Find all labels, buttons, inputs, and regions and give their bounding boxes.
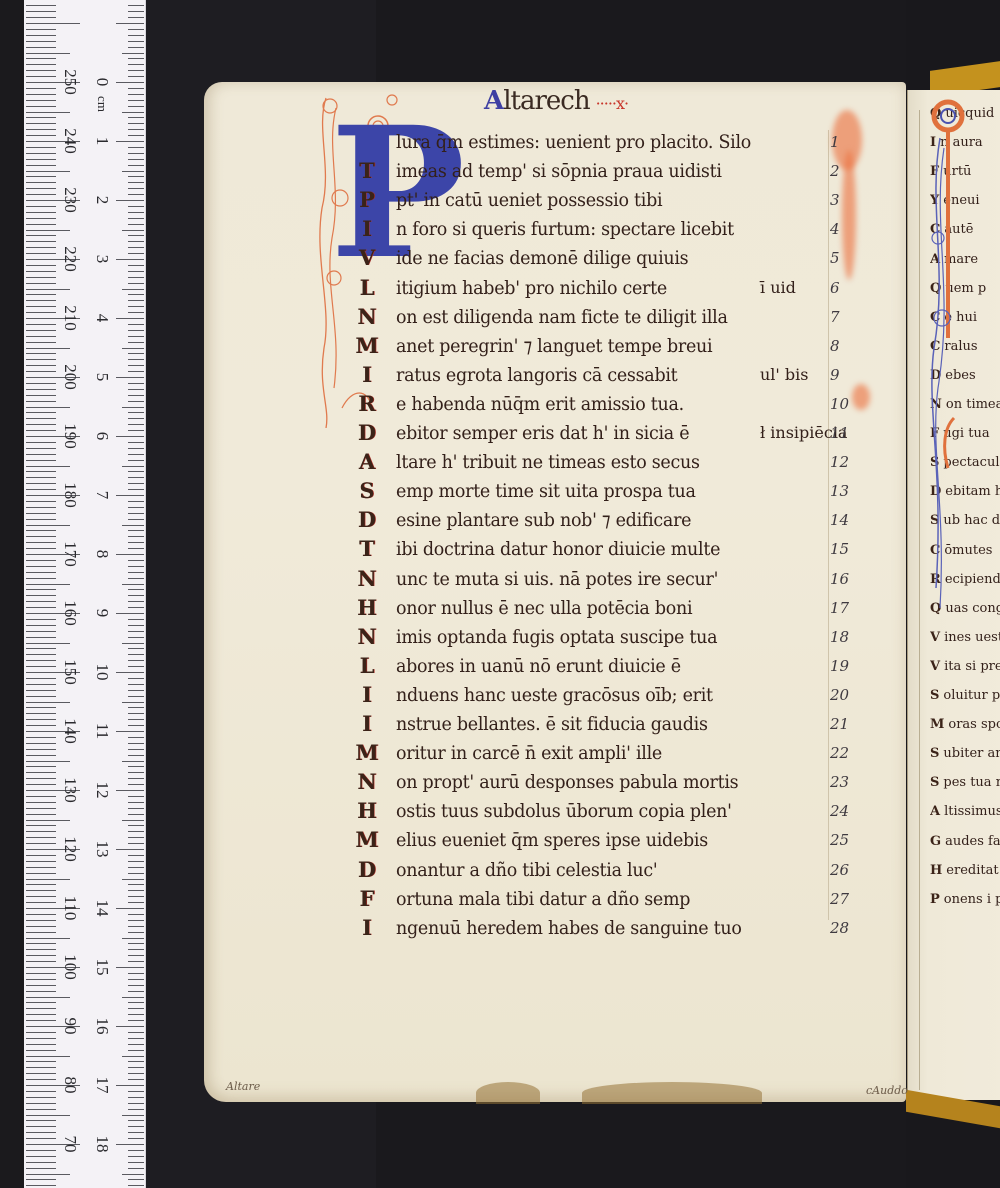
ruler-tick — [122, 1174, 144, 1175]
ruler-cm-label: 13 — [92, 829, 112, 869]
ruler-tick — [128, 660, 144, 661]
ruler-tick — [128, 412, 144, 413]
line-number: 6 — [830, 274, 840, 302]
ruler-tick — [128, 106, 144, 107]
facing-text-line: Ponens i pla — [930, 892, 1000, 912]
ruler-tick — [116, 672, 144, 673]
text-line: Litigium habeb' pro nichilo certeī uid6 — [340, 274, 860, 302]
ruler-tick — [122, 171, 144, 172]
ruler-tick — [122, 820, 144, 821]
ruler-tick — [26, 1038, 56, 1039]
ruler-tick — [26, 643, 70, 644]
line-text: n foro si queris furtum: spectare licebi… — [396, 215, 734, 243]
ruler-tick — [128, 1044, 144, 1045]
facing-line-initial: M — [930, 717, 944, 732]
ruler-tick — [26, 58, 56, 59]
ruler-tick — [26, 389, 56, 390]
ruler-tick — [128, 70, 144, 71]
line-initial: L — [352, 274, 382, 302]
facing-line-text: oras spous — [948, 717, 1000, 732]
ruler-tick — [26, 76, 56, 77]
ruler-tick — [26, 412, 56, 413]
backdrop-left — [0, 0, 25, 1188]
ruler-tick — [128, 129, 144, 130]
line-text: onantur a dño tibi celestia luc' — [396, 856, 657, 884]
ruler-tick — [26, 1079, 56, 1080]
ruler-tick — [128, 17, 144, 18]
line-number: 28 — [830, 914, 849, 942]
ruler-tick — [26, 407, 70, 408]
ruler-mm-label: 130 — [60, 770, 80, 810]
facing-line-initial: A — [930, 804, 940, 819]
ruler-tick — [26, 383, 56, 384]
ruler-tick — [26, 578, 56, 579]
running-title-text: ltarech — [503, 86, 589, 116]
ruler-cm-label: 17 — [92, 1065, 112, 1105]
ruler-tick — [26, 466, 70, 467]
ruler-tick — [122, 230, 144, 231]
ruler-tick — [128, 837, 144, 838]
ruler-tick — [26, 991, 56, 992]
ruler-tick — [128, 890, 144, 891]
running-title: Altarech·····x· — [484, 86, 628, 116]
ruler-tick — [26, 855, 56, 856]
ruler-tick — [26, 755, 56, 756]
ruler-tick — [26, 477, 56, 478]
ruler-tick — [26, 619, 56, 620]
text-line: Debitor semper eris dat h' in sicia ēł i… — [340, 419, 860, 447]
ruler-tick — [128, 973, 144, 974]
ruler-tick — [128, 336, 144, 337]
ruler-tick — [128, 755, 144, 756]
line-number: 5 — [830, 244, 840, 272]
text-line: Vide ne facias demonē dilige quiuis5 — [340, 244, 860, 272]
ruler-tick — [116, 495, 144, 496]
ruler-tick — [26, 1067, 56, 1068]
text-line: Tibi doctrina datur honor diuicie multe1… — [340, 535, 860, 563]
line-initial: H — [352, 797, 382, 825]
ruler-tick — [116, 1026, 144, 1027]
facing-line-text: onens i pla — [944, 892, 1000, 907]
line-text: ratus egrota langoris cā cessabit — [396, 361, 677, 389]
ruler-tick — [26, 501, 56, 502]
line-number: 25 — [830, 826, 849, 854]
ruler-tick — [26, 330, 56, 331]
line-number: 3 — [830, 186, 840, 214]
facing-line-text: pes tua m — [943, 775, 1000, 790]
ruler-tick — [26, 796, 56, 797]
facing-text-line: Gaudes fac — [930, 834, 1000, 854]
line-initial: A — [352, 448, 382, 476]
ruler-tick — [26, 312, 56, 313]
facing-line-initial: S — [930, 775, 939, 790]
ruler-tick — [128, 513, 144, 514]
ruler-cm-label: 4 — [92, 298, 112, 338]
ruler-tick — [26, 778, 56, 779]
ruler-tick — [128, 11, 144, 12]
ruler-tick — [128, 1097, 144, 1098]
ruler-tick — [26, 1156, 56, 1157]
ruler-tick — [26, 820, 70, 821]
ruler-tick — [128, 241, 144, 242]
ruler-tick — [26, 766, 56, 767]
line-initial: N — [352, 768, 382, 796]
ruler-tick — [26, 247, 56, 248]
ruler-tick — [26, 825, 56, 826]
ruler-tick — [128, 165, 144, 166]
ruler-tick — [122, 702, 144, 703]
ruler-tick — [26, 336, 56, 337]
line-initial: I — [352, 215, 382, 243]
ruler-tick — [26, 159, 56, 160]
facing-line-initial: V — [930, 659, 940, 674]
ruler-tick — [26, 1132, 56, 1133]
line-initial: P — [352, 186, 382, 214]
text-line: Melius eueniet q̄m speres ipse uidebis25 — [340, 826, 860, 854]
ruler-tick — [26, 902, 56, 903]
ruler-tick — [26, 117, 56, 118]
line-gloss: ul' bis — [760, 361, 808, 389]
line-number: 13 — [830, 477, 849, 505]
ruler-tick — [26, 112, 70, 113]
ruler-tick — [26, 206, 56, 207]
line-number: 14 — [830, 506, 849, 534]
ruler-tick — [128, 825, 144, 826]
ruler-tick — [128, 589, 144, 590]
ruler-tick — [128, 418, 144, 419]
ruler-tick — [128, 749, 144, 750]
facing-line-initial: G — [930, 834, 941, 849]
ruler-tick — [26, 684, 56, 685]
ruler-tick — [26, 306, 56, 307]
ruler-tick — [128, 902, 144, 903]
ruler-tick — [26, 625, 56, 626]
facing-text-line: Vines ueste — [930, 630, 1000, 650]
ruler-tick — [128, 802, 144, 803]
ruler-tick — [26, 808, 56, 809]
ruler-tick — [26, 648, 56, 649]
ruler-tick — [116, 731, 144, 732]
ruler-tick — [128, 188, 144, 189]
line-initial: D — [352, 419, 382, 447]
ruler-tick — [26, 879, 70, 880]
ruler-tick — [26, 873, 56, 874]
ruler-tick — [128, 873, 144, 874]
ruler-tick — [26, 1126, 56, 1127]
text-line: Honor nullus ē nec ulla potēcia boni17 — [340, 594, 860, 622]
ruler-tick — [26, 241, 56, 242]
ruler-tick — [128, 271, 144, 272]
text-line: Manet peregrin' ⁊ languet tempe breui8 — [340, 332, 860, 360]
ruler-tick — [26, 212, 56, 213]
line-initial: I — [352, 914, 382, 942]
line-text: lura q̄m estimes: uenient pro placito. S… — [396, 128, 751, 156]
ruler-tick — [128, 5, 144, 6]
ruler-tick — [26, 17, 56, 18]
ruler-tick — [128, 684, 144, 685]
ruler-mm-label: 150 — [60, 652, 80, 692]
ruler-tick — [26, 1002, 56, 1003]
text-line: Instrue bellantes. ē sit fiducia gaudis2… — [340, 710, 860, 738]
ruler-tick — [128, 477, 144, 478]
ruler-tick — [128, 566, 144, 567]
ruler-tick — [26, 194, 56, 195]
ruler-tick — [128, 1008, 144, 1009]
ruler-tick — [128, 766, 144, 767]
ruler-tick — [26, 725, 56, 726]
ruler-tick — [128, 961, 144, 962]
ruler-tick — [128, 831, 144, 832]
line-number: 20 — [830, 681, 849, 709]
ruler-tick — [26, 979, 56, 980]
ruler-tick — [26, 353, 56, 354]
ruler-tick — [116, 436, 144, 437]
ruler-mm-label: 190 — [60, 416, 80, 456]
ruler-cm-label: 6 — [92, 416, 112, 456]
ruler-tick — [128, 88, 144, 89]
ruler-tick — [128, 94, 144, 95]
text-line: Iratus egrota langoris cā cessabitul' bi… — [340, 361, 860, 389]
ruler-tick — [128, 1126, 144, 1127]
line-initial: F — [352, 885, 382, 913]
ruler-tick — [128, 737, 144, 738]
ruler-tick — [128, 1050, 144, 1051]
ruler-tick — [26, 365, 56, 366]
ruler-tick — [128, 1032, 144, 1033]
ruler-tick — [128, 353, 144, 354]
ruler-mm-label: 200 — [60, 357, 80, 397]
ruler-tick — [128, 395, 144, 396]
ruler-tick — [128, 861, 144, 862]
text-line: lura q̄m estimes: uenient pro placito. S… — [340, 128, 860, 156]
ruler-tick — [128, 654, 144, 655]
ruler-tick — [128, 1138, 144, 1139]
ruler-tick — [128, 135, 144, 136]
facing-line-text: oluitur p — [943, 688, 1000, 703]
ruler-tick — [128, 117, 144, 118]
ruler-tick — [128, 1185, 144, 1186]
text-line: Ingenuū heredem habes de sanguine tuo28 — [340, 914, 860, 942]
line-text: imis optanda fugis optata suscipe tua — [396, 623, 717, 651]
ruler-tick — [26, 471, 56, 472]
ruler-tick — [26, 837, 56, 838]
ruler-tick — [128, 772, 144, 773]
facing-text-line: Subiter am — [930, 746, 1000, 766]
ruler-tick — [26, 1120, 56, 1121]
ruler-tick — [26, 696, 56, 697]
ruler-tick — [26, 761, 70, 762]
line-number: 2 — [830, 157, 840, 185]
ruler-tick — [128, 1067, 144, 1068]
ruler-tick — [26, 572, 56, 573]
ruler-tick — [26, 513, 56, 514]
ruler-tick — [128, 324, 144, 325]
ruler-tick — [128, 123, 144, 124]
text-line: In foro si queris furtum: spectare liceb… — [340, 215, 860, 243]
ruler-tick — [116, 908, 144, 909]
ruler-tick — [128, 855, 144, 856]
ruler-tick — [122, 643, 144, 644]
facing-line-initial: S — [930, 746, 939, 761]
ruler-tick — [26, 5, 56, 6]
ruler-tick — [116, 849, 144, 850]
ruler-tick — [26, 147, 56, 148]
facing-line-initial: H — [930, 863, 942, 878]
ruler-tick — [128, 607, 144, 608]
ruler-tick — [26, 831, 56, 832]
ruler-tick — [26, 536, 56, 537]
ruler-tick — [128, 985, 144, 986]
ruler-tick — [26, 932, 56, 933]
ruler-tick — [26, 1109, 56, 1110]
line-initial: M — [352, 332, 382, 360]
ruler-tick — [26, 1115, 70, 1116]
line-text: pt' in catū ueniet possessio tibi — [396, 186, 662, 214]
ruler-tick — [128, 460, 144, 461]
ruler-tick — [128, 277, 144, 278]
ruler-tick — [128, 182, 144, 183]
line-text: on propt' aurū desponses pabula mortis — [396, 768, 738, 796]
ruler-tick — [26, 589, 56, 590]
ruler-tick — [26, 153, 56, 154]
line-text: emp morte time sit uita prospa tua — [396, 477, 696, 505]
ruler-tick — [128, 796, 144, 797]
ruler-tick — [26, 519, 56, 520]
line-gloss: ī uid — [760, 274, 796, 302]
ruler-tick — [26, 371, 56, 372]
ruler-cm-label: 18 — [92, 1124, 112, 1164]
ruler-tick — [26, 973, 56, 974]
ruler-tick — [128, 235, 144, 236]
ruler-unit-label: cm — [94, 84, 110, 124]
ruler-tick — [26, 914, 56, 915]
ruler-tick — [26, 454, 56, 455]
text-line: Non est diligenda nam ficte te diligit i… — [340, 303, 860, 331]
ruler-mm-label: 120 — [60, 829, 80, 869]
ruler-tick — [26, 548, 56, 549]
line-text: ortuna mala tibi datur a dño semp — [396, 885, 690, 913]
line-text: ostis tuus subdolus ūborum copia plen' — [396, 797, 732, 825]
ruler-tick — [116, 1144, 144, 1145]
ruler-tick — [128, 159, 144, 160]
ruler-tick — [128, 926, 144, 927]
line-number: 22 — [830, 739, 849, 767]
line-number: 27 — [830, 885, 849, 913]
facing-text-line: Moras spous — [930, 717, 1000, 737]
ruler-tick — [128, 896, 144, 897]
ruler-tick — [128, 678, 144, 679]
ruler-tick — [26, 47, 56, 48]
ruler-tick — [26, 867, 56, 868]
ruler-tick — [128, 153, 144, 154]
ruler-tick — [128, 814, 144, 815]
ruler-mm-label: 250 — [60, 62, 80, 102]
ruler-tick — [128, 76, 144, 77]
ruler-tick — [26, 884, 56, 885]
ruler-tick — [128, 637, 144, 638]
ruler-tick — [128, 808, 144, 809]
line-text: itigium habeb' pro nichilo certe — [396, 274, 667, 302]
ruler-tick — [26, 690, 56, 691]
ruler-cm-label: 10 — [92, 652, 112, 692]
ruler-tick — [128, 884, 144, 885]
line-text: unc te muta si uis. nā potes ire secur' — [396, 565, 718, 593]
ruler-tick — [128, 578, 144, 579]
ruler-tick — [128, 359, 144, 360]
ruler-tick — [26, 442, 56, 443]
ruler-tick — [128, 625, 144, 626]
ruler-tick — [128, 371, 144, 372]
text-line: Induens hanc ueste gracōsus oīb; erit20 — [340, 681, 860, 709]
ruler-tick — [128, 949, 144, 950]
facing-initial-decoration — [926, 88, 966, 608]
ruler-tick — [26, 678, 56, 679]
ruler-tick — [128, 489, 144, 490]
ruler-tick — [26, 283, 56, 284]
ruler-tick — [26, 985, 56, 986]
line-initial: L — [352, 652, 382, 680]
ruler-cm-label: 12 — [92, 770, 112, 810]
line-text: ide ne facias demonē dilige quiuis — [396, 244, 688, 272]
ruler-mm-label: 140 — [60, 711, 80, 751]
ruler-tick — [26, 949, 56, 950]
ruler-tick — [26, 997, 70, 998]
ruler-tick — [26, 1056, 70, 1057]
ruler-tick — [128, 843, 144, 844]
ruler-tick — [128, 365, 144, 366]
text-line: Hostis tuus subdolus ūborum copia plen'2… — [340, 797, 860, 825]
ruler-mm-label: 180 — [60, 475, 80, 515]
ruler-tick — [26, 348, 70, 349]
ruler-tick — [128, 920, 144, 921]
ruler-tick — [26, 23, 80, 24]
line-number: 11 — [830, 419, 849, 447]
ruler-tick — [26, 277, 56, 278]
ruler-mm-label: 110 — [60, 888, 80, 928]
ruler-cm-label: 8 — [92, 534, 112, 574]
ruler-tick — [26, 507, 56, 508]
ruler-tick — [128, 666, 144, 667]
ruler-tick — [26, 218, 56, 219]
ruler-tick — [26, 601, 56, 602]
text-line: Non propt' aurū desponses pabula mortis2… — [340, 768, 860, 796]
footer-note-right: cAuddo — [866, 1084, 908, 1097]
ruler-tick — [26, 843, 56, 844]
ruler-tick — [26, 483, 56, 484]
ruler-tick — [26, 595, 56, 596]
ruler-tick — [26, 324, 56, 325]
ruler-tick — [128, 1179, 144, 1180]
ruler-tick — [122, 879, 144, 880]
ruler-tick — [122, 761, 144, 762]
ruler-tick — [26, 1073, 56, 1074]
ruler-tick — [26, 654, 56, 655]
ruler-tick — [122, 466, 144, 467]
line-initial: D — [352, 856, 382, 884]
ruler-tick — [26, 401, 56, 402]
ruler-tick — [128, 448, 144, 449]
ruler-tick — [122, 289, 144, 290]
ruler-tick — [26, 938, 70, 939]
ruler-tick — [128, 1132, 144, 1133]
ruler-tick — [26, 1050, 56, 1051]
ruler-tick — [26, 1150, 56, 1151]
ruler-tick — [26, 1185, 56, 1186]
ruler-tick — [122, 997, 144, 998]
facing-line-text: ubiter am — [943, 746, 1000, 761]
line-text: e habenda nūq̄m erit amissio tua. — [396, 390, 684, 418]
ruler-tick — [26, 129, 56, 130]
